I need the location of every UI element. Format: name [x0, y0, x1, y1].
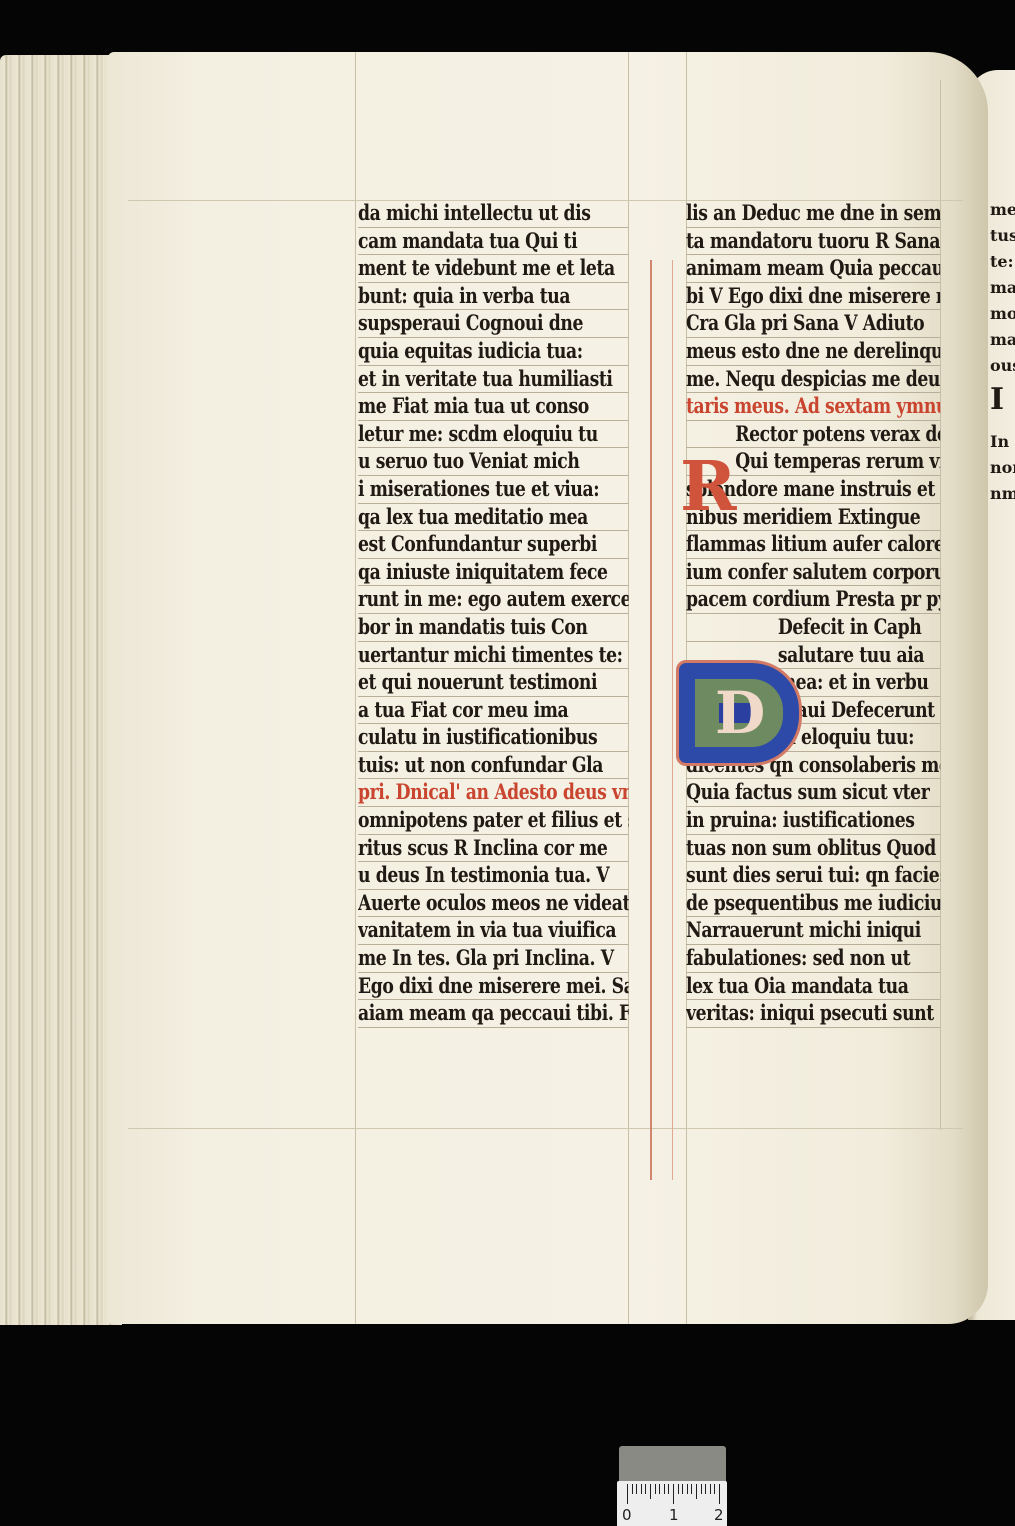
text-line: Quia factus sum sicut vter: [686, 779, 940, 807]
ruler-tick: [659, 1484, 660, 1494]
text-line: sunt dies serui tui: qn facies: [686, 862, 940, 890]
text-line: ma: [990, 330, 1015, 356]
text-line: u seruo tuo Veniat mich: [358, 448, 629, 476]
text-line: mar: [990, 278, 1015, 304]
text-line: letur me: scdm eloquiu tu: [358, 421, 629, 449]
text-line: runt in me: ego autem exercebo: [358, 586, 629, 614]
rubric-line: taris meus. Ad sextam ymnus: [686, 393, 940, 421]
text-line: pacem cordium Presta pr pyssime: [686, 586, 940, 614]
ruler-tick: [627, 1484, 628, 1504]
text-line: ta mandatoru tuoru R Sana: [686, 228, 940, 256]
text-line: Auerte oculos meos ne videat: [358, 890, 629, 918]
ruler-label: 1: [669, 1506, 679, 1524]
text-line: vanitatem in via tua viuifica: [358, 917, 629, 945]
ruler-tick: [705, 1484, 706, 1494]
text-line: ous: [990, 356, 1015, 382]
text-line: qa iniuste iniquitatem fece: [358, 559, 629, 587]
text-line: te:: [990, 252, 1015, 278]
grey-color-card: [619, 1446, 726, 1486]
text-line: et qui nouerunt testimoni: [358, 669, 629, 697]
text-line: animam meam Quia peccaui ti: [686, 255, 940, 283]
text-line: tus: [990, 226, 1015, 252]
text-line: lis an Deduc me dne in semi: [686, 200, 940, 228]
text-line: meus esto dne ne derelinquas: [686, 338, 940, 366]
left-text-column: da michi intellectu ut dis cam mandata t…: [358, 200, 688, 1028]
scale-ruler: 0 1 2: [617, 1481, 727, 1526]
text-line: u deus In testimonia tua. V: [358, 862, 629, 890]
ruler-tick: [650, 1484, 651, 1499]
book-page-stack: [0, 55, 122, 1325]
ruler-tick: [664, 1484, 665, 1494]
ruler-tick: [668, 1484, 669, 1494]
text-line: bi V Ego dixi dne miserere mei: [686, 283, 940, 311]
ruler-tick: [719, 1484, 720, 1504]
right-text-column: lis an Deduc me dne in semi ta mandatoru…: [686, 200, 996, 1028]
text-line: aiam meam qa peccaui tibi. Fia: [358, 1000, 629, 1028]
ruler-tick: [701, 1484, 702, 1494]
red-initial-r: R: [680, 447, 737, 527]
ruler-tick: [682, 1484, 683, 1494]
ruler-tick: [714, 1484, 715, 1494]
text-line: bor in mandatis tuis Con: [358, 614, 629, 642]
ruler-tick: [691, 1484, 692, 1494]
text-line: in pruina: iustificationes: [686, 807, 940, 835]
text-line: uertantur michi timentes te:: [358, 642, 629, 670]
text-line: omnipotens pater et filius et spi: [358, 807, 629, 835]
text-line: me Fiat mia tua ut conso: [358, 393, 629, 421]
ruler-tick: [645, 1484, 646, 1494]
text-line: me. Nequ despicias me deus salu: [686, 366, 940, 394]
text-line: et in veritate tua humiliasti: [358, 366, 629, 394]
initial-letter: D: [715, 679, 765, 747]
text-line: cam mandata tua Qui ti: [358, 228, 629, 256]
text-line: est Confundantur superbi: [358, 531, 629, 559]
text-line: Defecit in Caph: [686, 614, 940, 642]
red-initial: I: [990, 382, 1015, 432]
text-line: me In tes. Gla pri Inclina. V: [358, 945, 629, 973]
text-line: mo: [990, 304, 1015, 330]
text-line: veritas: iniqui psecuti sunt: [686, 1000, 940, 1028]
ruler-tick: [636, 1484, 637, 1494]
ruling-line: [355, 52, 356, 1324]
ruler-label: 0: [622, 1506, 632, 1524]
text-line: me: [990, 200, 1015, 226]
text-line: supsperaui Cognoui dne: [358, 310, 629, 338]
text-line: ment te videbunt me et leta: [358, 255, 629, 283]
text-line: bunt: quia in verba tua: [358, 283, 629, 311]
text-line: quia equitas iudicia tua:: [358, 338, 629, 366]
ruler-tick: [678, 1484, 679, 1494]
ruler-tick: [696, 1484, 697, 1499]
text-line: nm: [990, 484, 1015, 510]
text-line: culatu in iustificationibus: [358, 724, 629, 752]
text-line: tuis: ut non confundar Gla: [358, 752, 629, 780]
adjacent-page-text: me tus te: mar mo ma ous I In non nm: [990, 200, 1015, 510]
text-line: flammas litium aufer calore nox: [686, 531, 940, 559]
text-line: Rector potens verax deus: [686, 421, 940, 449]
ruler-tick: [687, 1484, 688, 1494]
ruler-tick: [641, 1484, 642, 1494]
text-line: Narrauerunt michi iniqui: [686, 917, 940, 945]
ruler-label: 2: [714, 1506, 724, 1524]
ruler-tick: [673, 1484, 674, 1504]
text-line: lex tua Oia mandata tua: [686, 973, 940, 1001]
illuminated-initial-d: D: [676, 660, 802, 766]
text-line: i miserationes tue et viua:: [358, 476, 629, 504]
text-line: non: [990, 458, 1015, 484]
text-line: fabulationes: sed non ut: [686, 945, 940, 973]
text-line: Cra Gla pri Sana V Adiuto: [686, 310, 940, 338]
text-line: tuas non sum oblitus Quod: [686, 835, 940, 863]
ruling-line: [128, 1128, 963, 1129]
ruler-tick: [632, 1484, 633, 1494]
text-line: da michi intellectu ut dis: [358, 200, 629, 228]
text-line: ium confer salutem corporu veraq: [686, 559, 940, 587]
text-line: qa lex tua meditatio mea: [358, 504, 629, 532]
rubric-line: pri. Dnical' an Adesto deus vn: [358, 779, 629, 807]
ruler-tick: [655, 1484, 656, 1494]
ruler-tick: [710, 1484, 711, 1494]
text-line: ritus scus R Inclina cor me: [358, 835, 629, 863]
text-line: a tua Fiat cor meu ima: [358, 697, 629, 725]
text-line: de psequentibus me iudiciu: [686, 890, 940, 918]
text-line: Ego dixi dne miserere mei. Sana: [358, 973, 629, 1001]
blue-initial: In: [990, 432, 1015, 458]
